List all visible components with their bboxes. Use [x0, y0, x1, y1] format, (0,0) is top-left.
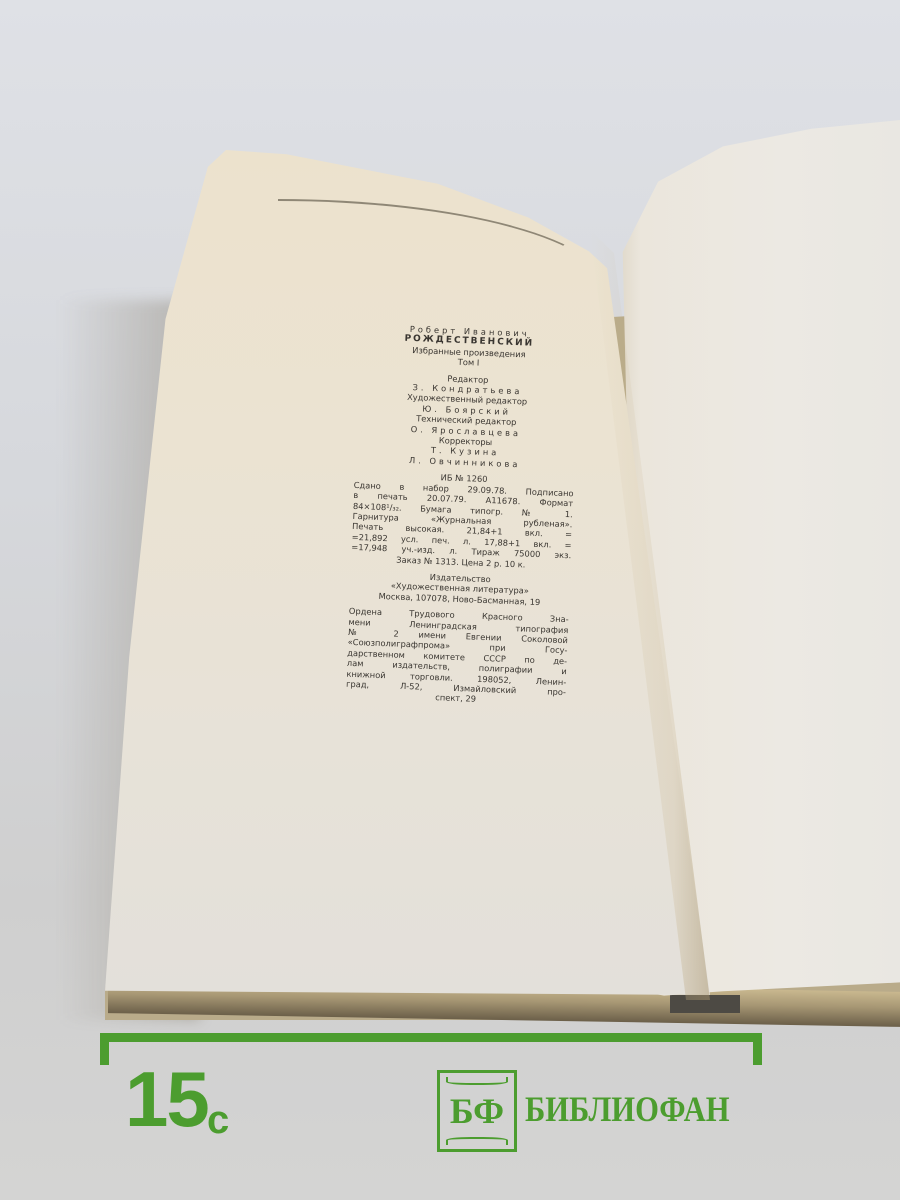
price-unit: с — [207, 1100, 229, 1140]
colophon-text-block: Роберт Иванович РОЖДЕСТВЕНСКИЙ Избранные… — [345, 322, 579, 708]
brand-name: БИБЛИОФАН — [525, 1088, 730, 1130]
photo-scene: Роберт Иванович РОЖДЕСТВЕНСКИЙ Избранные… — [0, 0, 900, 1200]
book-logo-icon: БФ — [437, 1070, 517, 1152]
logo-letters: БФ — [450, 1090, 504, 1132]
decorative-rule-line — [278, 199, 610, 291]
price-number: 15 — [125, 1060, 208, 1138]
